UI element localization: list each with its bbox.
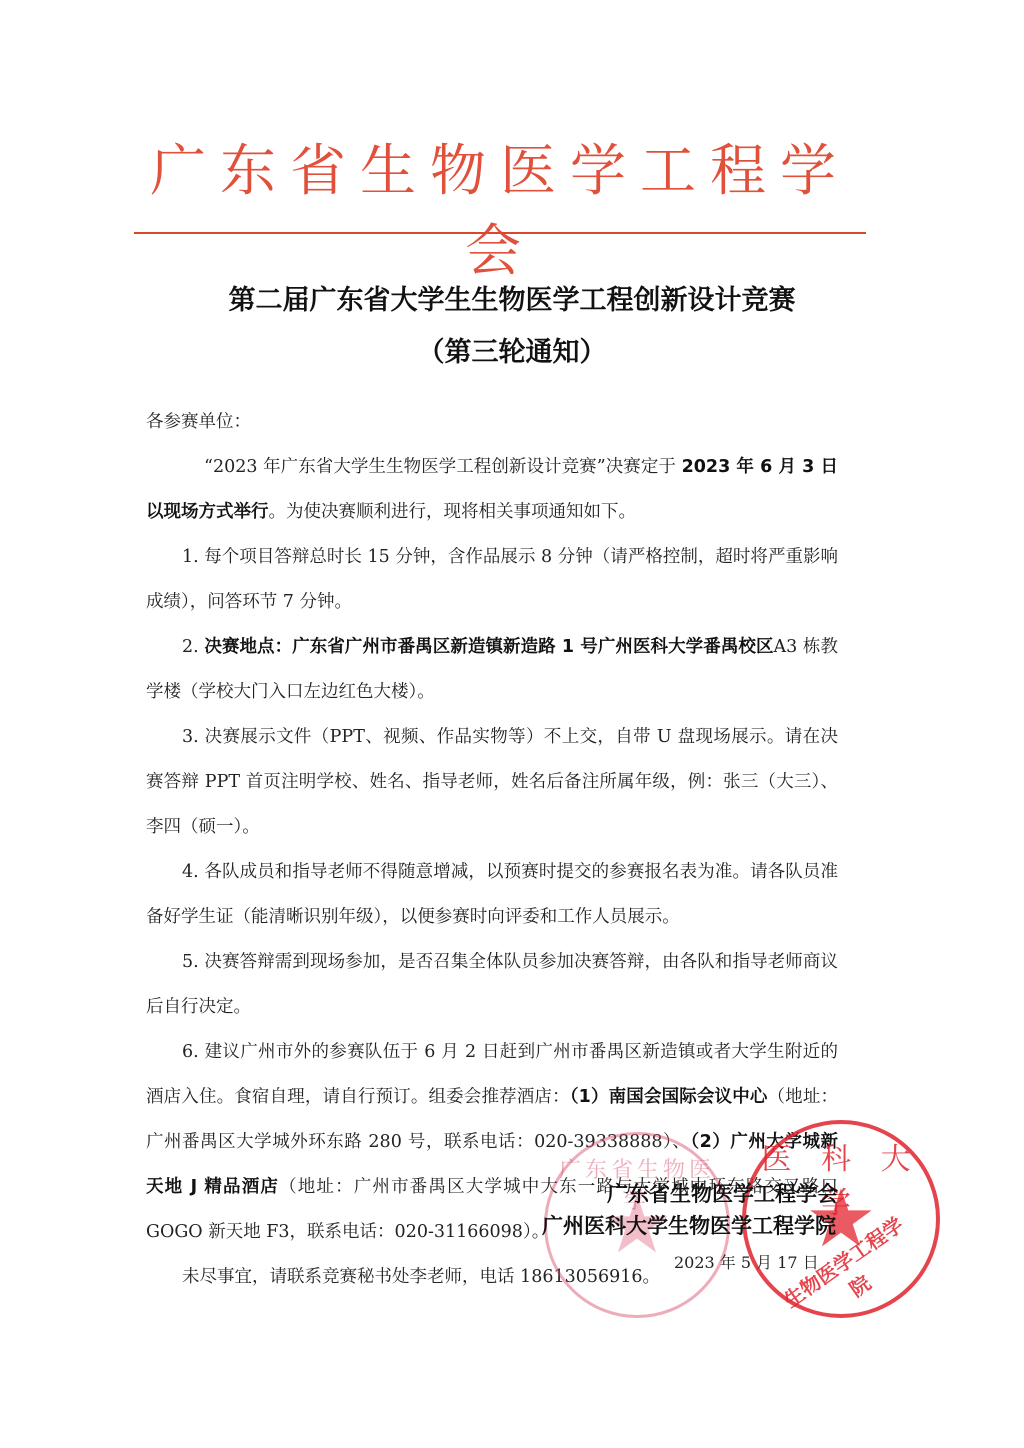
letterhead-divider bbox=[134, 232, 866, 234]
intro-text: “2023 年广东省大学生生物医学工程创新设计竞赛”决赛定于 bbox=[204, 457, 682, 477]
item-5: 5. 决赛答辩需到现场参加，是否召集全体队员参加决赛答辩，由各队和指导老师商议后… bbox=[146, 940, 838, 1030]
item-2-number: 2. bbox=[182, 637, 204, 657]
intro-text-end: 。为使决赛顺利进行，现将相关事项通知如下。 bbox=[269, 502, 637, 522]
intro-paragraph: “2023 年广东省大学生生物医学工程创新设计竞赛”决赛定于 2023 年 6 … bbox=[146, 445, 838, 535]
letterhead-org-name: 广东省生物医学工程学会 bbox=[140, 132, 860, 292]
item-1: 1. 每个项目答辩总时长 15 分钟，含作品展示 8 分钟（请严格控制，超时将严… bbox=[146, 535, 838, 625]
signature-date: 2023 年 5 月 17 日 bbox=[674, 1250, 819, 1273]
salutation: 各参赛单位： bbox=[146, 400, 838, 445]
document-subtitle: （第三轮通知） bbox=[130, 330, 894, 369]
signature-org-1: 广东省生物医学工程学会 bbox=[607, 1178, 838, 1208]
item-2: 2. 决赛地点：广东省广州市番禺区新造镇新造路 1 号广州医科大学番禺校区A3 … bbox=[146, 625, 838, 715]
signature-org-2: 广州医科大学生物医学工程学院 bbox=[542, 1210, 836, 1240]
hotel-1-name: （1）南国会国际会议中心 bbox=[570, 1087, 768, 1107]
document-body: 各参赛单位： “2023 年广东省大学生生物医学工程创新设计竞赛”决赛定于 20… bbox=[146, 400, 838, 1300]
document-title: 第二届广东省大学生生物医学工程创新设计竞赛 bbox=[130, 278, 894, 317]
item-3: 3. 决赛展示文件（PPT、视频、作品实物等）不上交，自带 U 盘现场展示。请在… bbox=[146, 715, 838, 850]
item-4: 4. 各队成员和指导老师不得随意增减，以预赛时提交的参赛报名表为准。请各队员准备… bbox=[146, 850, 838, 940]
venue-address: 决赛地点：广东省广州市番禺区新造镇新造路 1 号广州医科大学番禺校区 bbox=[204, 637, 773, 657]
